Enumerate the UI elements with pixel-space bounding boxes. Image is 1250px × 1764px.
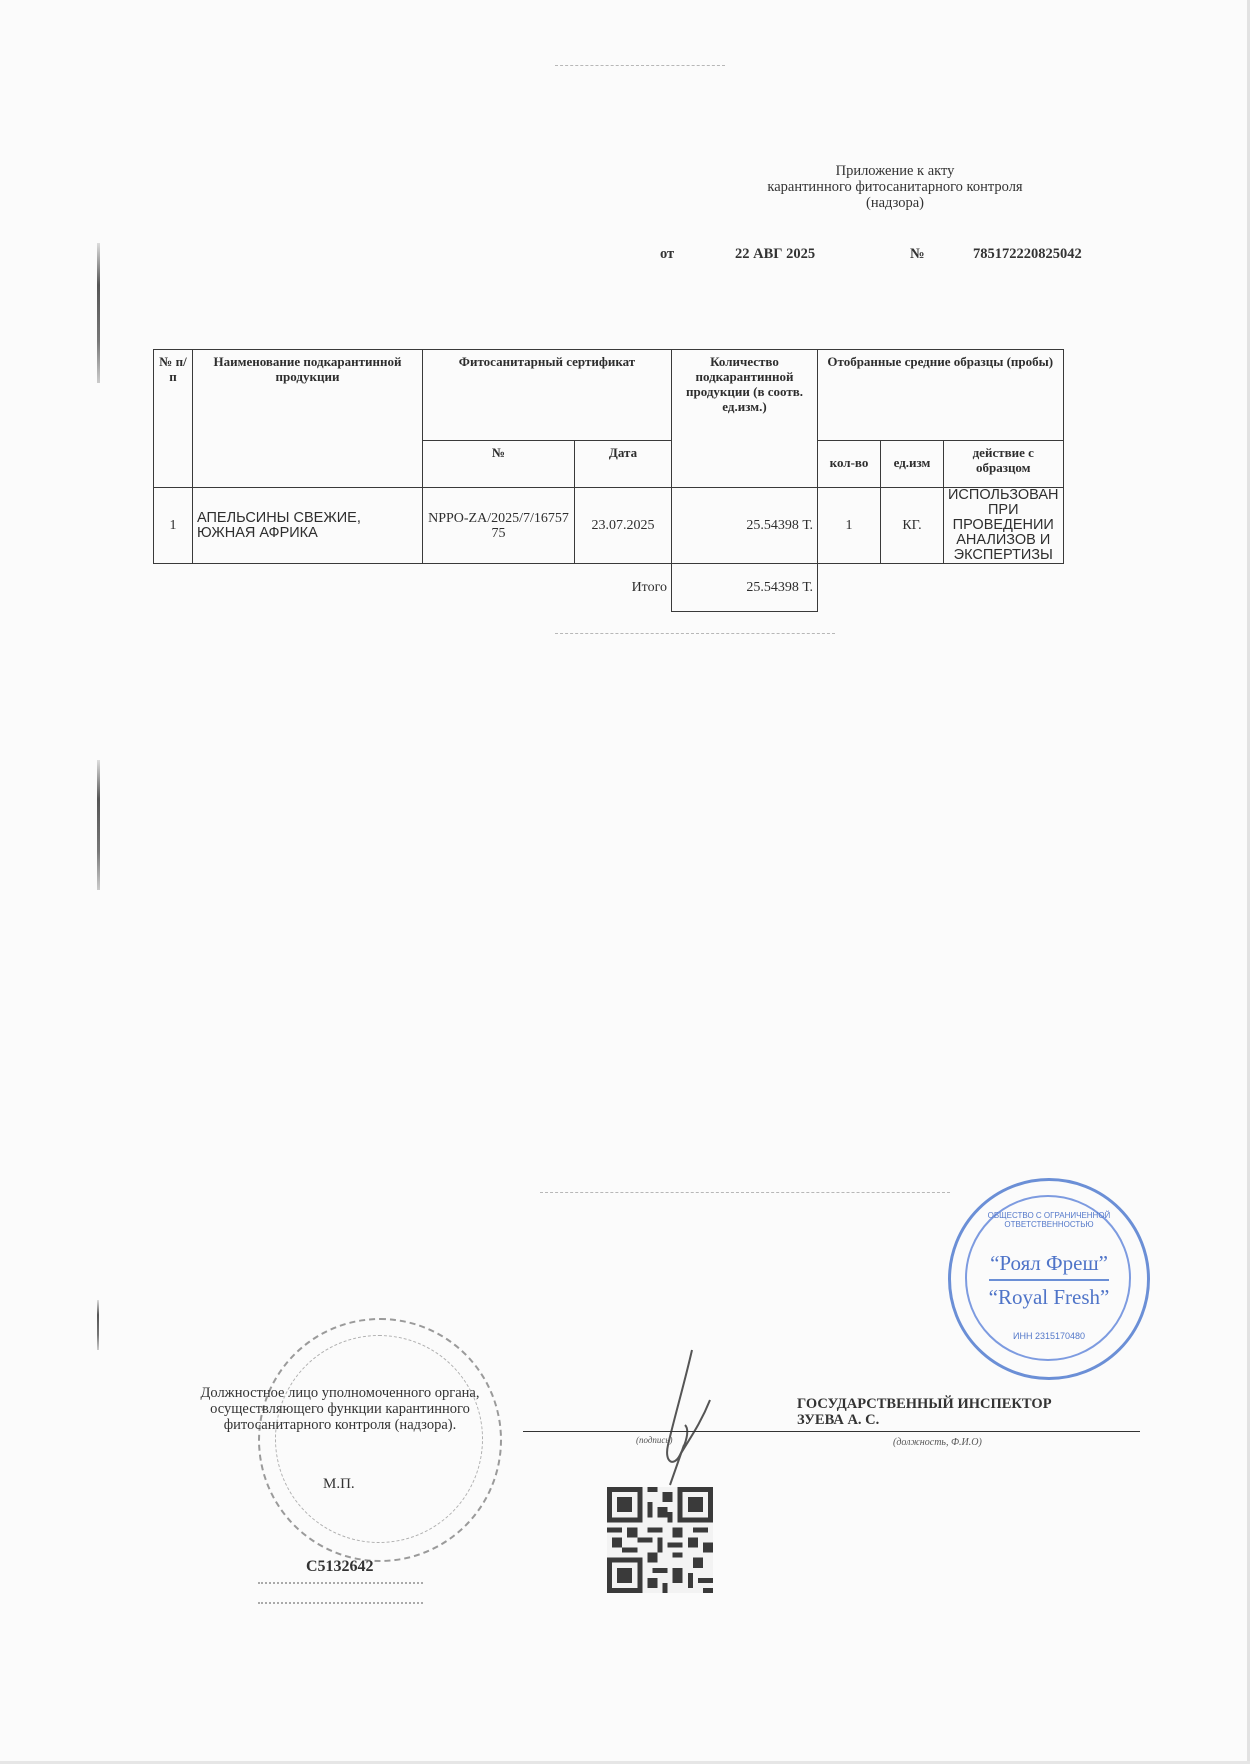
header-line-3: (надзора) bbox=[700, 195, 1090, 211]
col-header-product-name: Наименование подкарантинной продукции bbox=[193, 350, 423, 488]
stamp-inner-ring-text: ОБЩЕСТВО С ОГРАНИЧЕННОЙ ОТВЕТСТВЕННОСТЬЮ bbox=[951, 1211, 1147, 1229]
col-header-certificate: Фитосанитарный сертификат bbox=[423, 350, 672, 441]
qr-code-icon bbox=[607, 1487, 713, 1593]
document-header: Приложение к акту карантинного фитосанит… bbox=[700, 163, 1090, 211]
signature-caption: (подпись) bbox=[636, 1435, 673, 1445]
stamp-name-en: “Royal Fresh” bbox=[951, 1285, 1147, 1310]
form-serial-number: C5132642 bbox=[306, 1558, 374, 1576]
seal-place-label: М.П. bbox=[323, 1476, 355, 1493]
row-sample-unit: КГ. bbox=[881, 488, 944, 564]
header-line-2: карантинного фитосанитарного контроля bbox=[700, 179, 1090, 195]
inspector-block: ГОСУДАРСТВЕННЫЙ ИНСПЕКТОР ЗУЕВА А. С. bbox=[797, 1396, 1052, 1428]
col-header-quantity: Количество подкарантинной продукции (в с… bbox=[672, 350, 818, 488]
scan-dash-line bbox=[540, 1192, 950, 1193]
row-product-name: АПЕЛЬСИНЫ СВЕЖИЕ, ЮЖНАЯ АФРИКА bbox=[193, 488, 423, 564]
col-header-certificate-number: № bbox=[423, 441, 575, 488]
samples-table: № п/п Наименование подкарантинной продук… bbox=[153, 349, 1064, 612]
company-stamp: “Роял Фреш” “Royal Fresh” ИНН 2315170480… bbox=[948, 1178, 1150, 1380]
total-row: Итого 25.54398 Т. bbox=[154, 564, 1064, 612]
stamp-inn: ИНН 2315170480 bbox=[951, 1331, 1147, 1341]
header-line-1: Приложение к акту bbox=[700, 163, 1090, 179]
row-sample-count: 1 bbox=[818, 488, 881, 564]
row-index: 1 bbox=[154, 488, 193, 564]
act-date: 22 АВГ 2025 bbox=[735, 246, 815, 263]
inspector-title: ГОСУДАРСТВЕННЫЙ ИНСПЕКТОР bbox=[797, 1396, 1052, 1412]
scan-artifact bbox=[97, 760, 100, 890]
ref-from-label: от bbox=[660, 246, 674, 263]
row-quantity: 25.54398 Т. bbox=[672, 488, 818, 564]
inspector-name: ЗУЕВА А. С. bbox=[797, 1412, 1052, 1428]
row-sample-action: ИСПОЛЬЗОВАН ПРИ ПРОВЕДЕНИИ АНАЛИЗОВ И ЭК… bbox=[944, 488, 1064, 564]
act-number: 785172220825042 bbox=[973, 246, 1082, 263]
position-caption: (должность, Ф.И.О) bbox=[893, 1437, 982, 1448]
col-header-index: № п/п bbox=[154, 350, 193, 488]
row-certificate-number: NPPO-ZA/2025/7/16757 75 bbox=[423, 488, 575, 564]
col-header-sample-count: кол-во bbox=[818, 441, 881, 488]
stamp-divider bbox=[989, 1279, 1109, 1281]
scan-dash-line bbox=[555, 633, 835, 634]
col-header-sample-action: действие с образцом bbox=[944, 441, 1064, 488]
ref-number-label: № bbox=[910, 246, 925, 263]
total-label: Итого bbox=[575, 564, 672, 612]
stamp-name-ru: “Роял Фреш” bbox=[951, 1251, 1147, 1276]
col-header-samples: Отобранные средние образцы (пробы) bbox=[818, 350, 1064, 441]
scan-artifact bbox=[97, 243, 100, 383]
col-header-certificate-date: Дата bbox=[575, 441, 672, 488]
official-position-text: Должностное лицо уполномоченного органа,… bbox=[170, 1385, 510, 1433]
scan-artifact bbox=[97, 1300, 99, 1350]
official-seal-inner-ring bbox=[275, 1335, 483, 1543]
scan-dash-line bbox=[555, 65, 725, 66]
col-header-sample-unit: ед.изм bbox=[881, 441, 944, 488]
handwritten-signature-icon bbox=[640, 1345, 720, 1495]
serial-faded-text bbox=[258, 1582, 423, 1604]
signature-line bbox=[523, 1431, 1140, 1432]
total-value: 25.54398 Т. bbox=[672, 564, 818, 612]
table-row: 1 АПЕЛЬСИНЫ СВЕЖИЕ, ЮЖНАЯ АФРИКА NPPO-ZA… bbox=[154, 488, 1064, 564]
row-certificate-date: 23.07.2025 bbox=[575, 488, 672, 564]
